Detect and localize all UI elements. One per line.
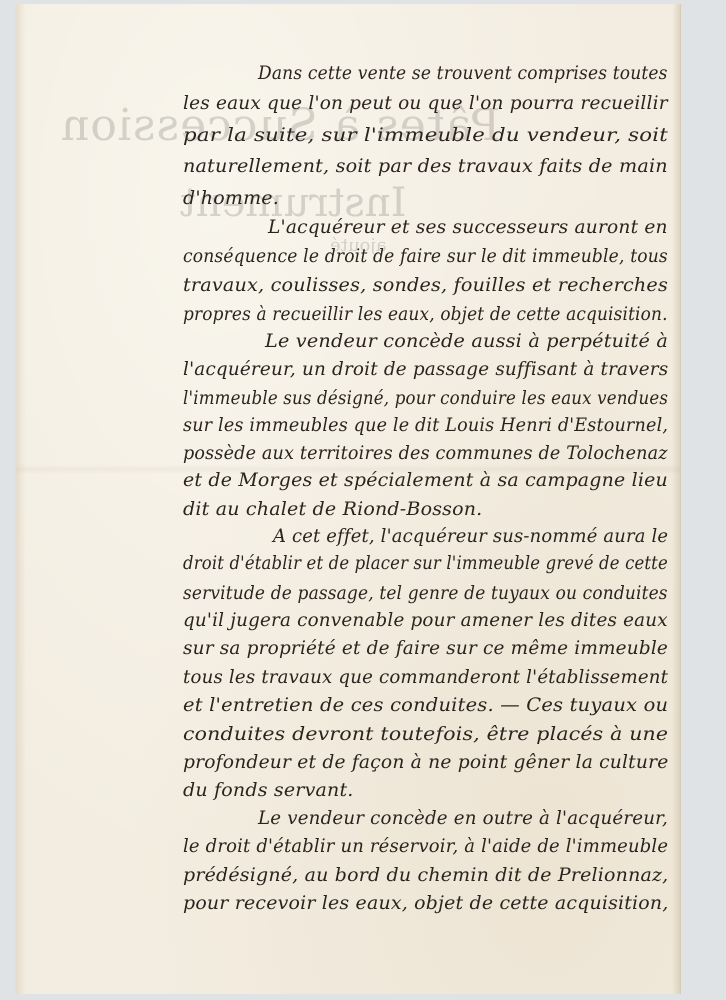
- manuscript-line: servitude de passage, tel genre de tuyau…: [183, 582, 668, 604]
- manuscript-line: A cet effet, l'acquéreur sus-nommé aura …: [273, 525, 668, 547]
- manuscript-line: l'acquéreur, un droit de passage suffisa…: [183, 358, 668, 380]
- manuscript-line: par la suite, sur l'immeuble du vendeur,…: [183, 124, 668, 146]
- manuscript-line: profondeur et de façon à ne point gêner …: [183, 751, 668, 773]
- manuscript-line: prédésigné, au bord du chemin dit de Pre…: [183, 864, 668, 886]
- manuscript-line: travaux, coulisses, sondes, fouilles et …: [183, 274, 668, 296]
- manuscript-line: Le vendeur concède aussi à perpétuité à: [265, 330, 668, 352]
- manuscript-line: l'immeuble sus désigné, pour conduire le…: [183, 387, 668, 409]
- manuscript-line: sur sa propriété et de faire sur ce même…: [183, 637, 668, 659]
- manuscript-line: conséquence le droit de faire sur le dit…: [183, 245, 668, 267]
- manuscript-line: qu'il jugera convenable pour amener les …: [183, 609, 668, 631]
- handwritten-body: Dans cette vente se trouvent comprises t…: [0, 0, 726, 1000]
- manuscript-line: sur les immeubles que le dit Louis Henri…: [183, 414, 668, 436]
- manuscript-line: d'homme.: [183, 187, 279, 209]
- scanned-page: Pâtes à Succession Instrument ajouté Dan…: [0, 0, 726, 1000]
- manuscript-line: Dans cette vente se trouvent comprises t…: [258, 62, 668, 84]
- manuscript-line: L'acquéreur et ses successeurs auront en: [268, 216, 668, 238]
- manuscript-line: tous les travaux que commanderont l'étab…: [183, 666, 668, 688]
- manuscript-line: le droit d'établir un réservoir, à l'aid…: [183, 835, 668, 857]
- manuscript-line: les eaux que l'on peut ou que l'on pourr…: [183, 92, 668, 114]
- manuscript-line: propres à recueillir les eaux, objet de …: [183, 303, 668, 325]
- manuscript-line: et de Morges et spécialement à sa campag…: [183, 469, 668, 491]
- manuscript-line: et l'entretien de ces conduites. — Ces t…: [183, 694, 668, 716]
- manuscript-line: conduites devront toutefois, être placés…: [183, 723, 668, 745]
- manuscript-line: Le vendeur concède en outre à l'acquéreu…: [258, 807, 668, 829]
- manuscript-line: possède aux territoires des communes de …: [183, 442, 668, 464]
- manuscript-line: pour recevoir les eaux, objet de cette a…: [183, 892, 669, 914]
- manuscript-line: dit au chalet de Riond-Bosson.: [183, 498, 482, 520]
- manuscript-line: du fonds servant.: [183, 779, 354, 801]
- manuscript-line: droit d'établir et de placer sur l'immeu…: [183, 552, 668, 574]
- manuscript-line: naturellement, soit par des travaux fait…: [183, 155, 668, 177]
